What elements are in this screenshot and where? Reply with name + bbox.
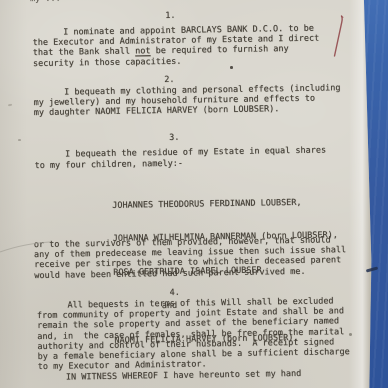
cutoff-top-line: my ... [30,0,61,4]
ink-speck [349,333,352,336]
red-pen-tick [328,14,346,60]
clause-3-intro: I bequeath the residue of my Estate in e… [34,145,326,171]
clause-4-text: All bequests in terms of this Will shall… [37,296,350,372]
clause-2-text: I bequeath my clothing and personal effe… [33,83,340,118]
clause-1-number: 1. [165,11,175,21]
clause-2-number: 2. [164,75,174,85]
clause-1-text: I nominate and appoint BARCLAYS BANK D.C… [32,24,319,69]
pencil-mark [0,236,52,256]
clause-3-continuation: or to the survivors of them provided, ho… [34,235,347,281]
beneficiary-name: JOHANNES THEODORUS FERDINAND LOUBSER, [112,197,337,212]
clause-3-number: 3. [169,133,179,143]
ink-speck [230,66,233,69]
photo-of-will: my ... 1. I nominate and appoint BARCLAY… [0,0,388,388]
underlined-word-not: not [135,47,151,57]
ink-speck [18,139,21,141]
clause-4-number: 4. [169,288,179,298]
